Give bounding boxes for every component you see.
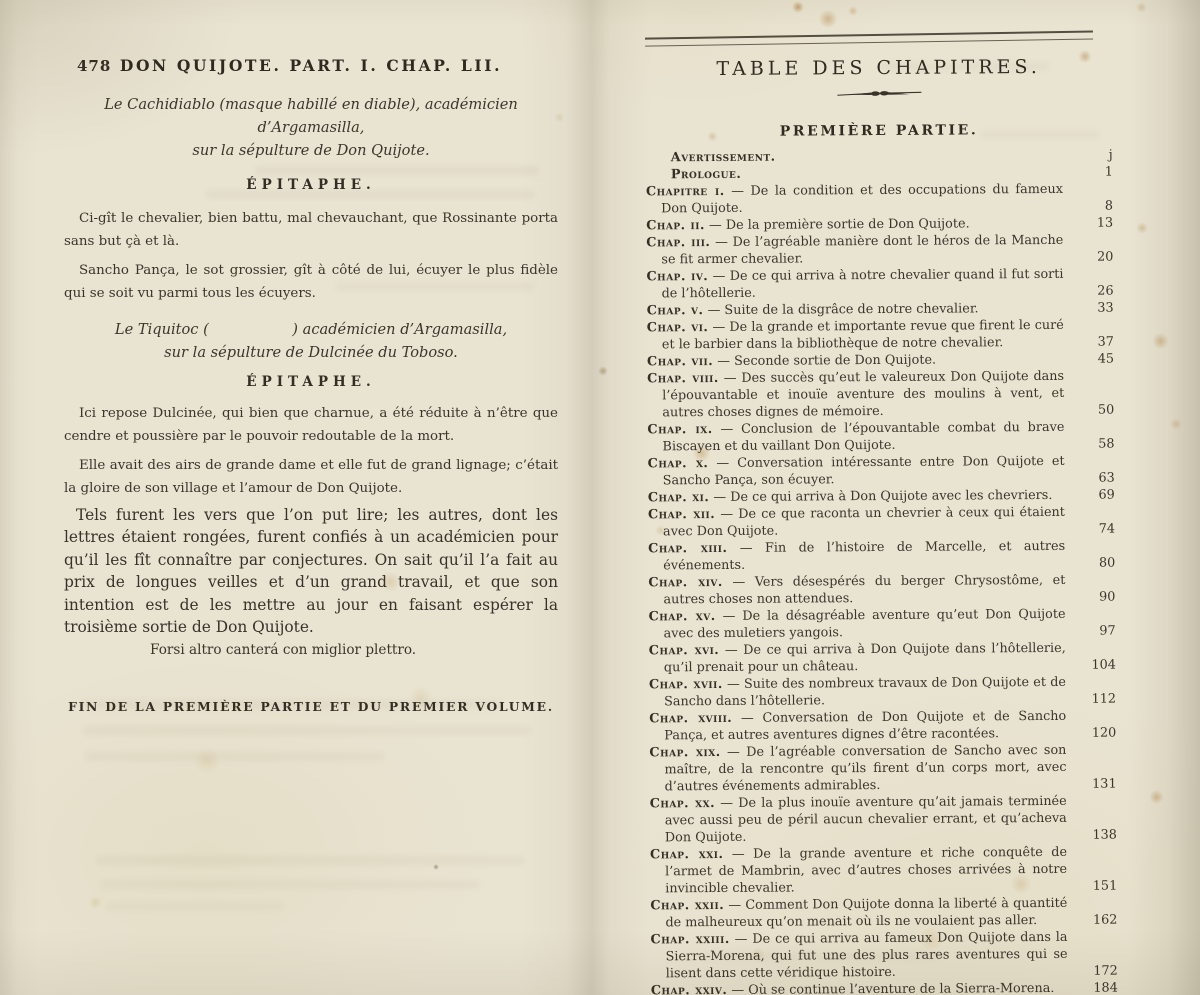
entry-label: Chap. vi. bbox=[647, 320, 709, 335]
foxing-spot bbox=[433, 864, 439, 870]
entry-page-number: 120 bbox=[1072, 725, 1116, 742]
toc-entry: Chap. xvi. — De ce qui arriva à Don Quij… bbox=[649, 640, 1116, 677]
toc-entry: Chap. iii. — De l’agréable manière dont … bbox=[646, 232, 1113, 269]
running-title: DON QUIJOTE. PART. I. CHAP. LII. bbox=[64, 56, 558, 75]
entry-page-number: 63 bbox=[1071, 470, 1115, 487]
entry-text: — Où se continue l’aventure de la Sierra… bbox=[727, 981, 1054, 995]
foxing-spot bbox=[1170, 418, 1182, 430]
entry-label: Chap. xi. bbox=[648, 490, 710, 505]
entry-label: Chap. xxiii. bbox=[650, 932, 729, 947]
epitaph-heading: ÉPITAPHE. bbox=[64, 177, 558, 193]
right-page: TABLE DES CHAPITRES. PREMIÈRE PARTIE. Av… bbox=[645, 33, 1118, 995]
entry-page-number: 74 bbox=[1071, 521, 1115, 538]
toc-entry: Chap. xviii. — Conversation de Don Quijo… bbox=[649, 708, 1116, 745]
entry-label: Chap. xv. bbox=[649, 609, 716, 624]
toc-entries: Avertissement.j Prologue.1 Chapitre i. —… bbox=[646, 147, 1118, 995]
toc-entry: Chap. xvii. — Suite des nombreux travaux… bbox=[649, 674, 1116, 711]
entry-label: Chap. xiii. bbox=[648, 541, 727, 556]
attribution-quijote: Le Cachidiablo (masque habillé en diable… bbox=[64, 93, 558, 162]
entry-text: — Vers désespérés du berger Chrysostôme,… bbox=[663, 573, 1065, 607]
part-heading: PREMIÈRE PARTIE. bbox=[646, 122, 1113, 141]
foxing-spot bbox=[1152, 333, 1169, 349]
foxing-spot bbox=[88, 896, 103, 909]
entry-page-number: 37 bbox=[1070, 334, 1114, 351]
entry-label: Chap. x. bbox=[648, 456, 709, 471]
double-rule bbox=[645, 31, 1093, 47]
entry-text: — De ce qui arriva à notre chevalier qua… bbox=[662, 267, 1064, 301]
paragraph: Elle avait des airs de grande dame et el… bbox=[64, 454, 558, 500]
entry-text: — Comment Don Quijote donna la liberté à… bbox=[665, 896, 1067, 930]
entry-text: — De la grande et importante revue que f… bbox=[662, 318, 1064, 352]
entry-label: Chap. iii. bbox=[646, 235, 710, 250]
entry-label: Chap. xii. bbox=[648, 507, 715, 522]
entry-page-number: 20 bbox=[1069, 249, 1113, 266]
entry-page-number: 131 bbox=[1073, 776, 1117, 793]
toc-entry: Chap. ix. — Conclusion de l’épouvantable… bbox=[647, 419, 1114, 456]
attribution-line: sur la sépulture de Dulcinée du Toboso. bbox=[64, 341, 558, 364]
toc-entry: Chap. viii. — Des succès qu’eut le valeu… bbox=[647, 368, 1114, 422]
entry-page-number: 151 bbox=[1073, 878, 1117, 895]
toc-entry: Chap. xxi. — De la grande aventure et ri… bbox=[650, 844, 1117, 898]
entry-label: Chap. xviii. bbox=[649, 711, 732, 727]
foxing-spot bbox=[1149, 790, 1164, 804]
toc-entry: Chap. xv. — De la désagréable aventure q… bbox=[649, 606, 1116, 643]
bleedthrough-ghost bbox=[105, 902, 285, 911]
left-page-header: 478 DON QUIJOTE. PART. I. CHAP. LII. bbox=[64, 56, 558, 78]
entry-page-number: 50 bbox=[1070, 402, 1114, 419]
entry-label: Chap. xxi. bbox=[650, 847, 723, 862]
entry-label: Chap. xiv. bbox=[648, 575, 723, 590]
toc-entry: Chap. xiv. — Vers désespérés du berger C… bbox=[648, 572, 1115, 609]
entry-text: — Des succès qu’eut le valeureux Don Qui… bbox=[662, 369, 1064, 420]
entry-label: Chap. xvi. bbox=[649, 643, 720, 658]
entry-label: Chap. xvii. bbox=[649, 677, 723, 692]
entry-page-number: 90 bbox=[1071, 589, 1115, 606]
entry-text: — De la première sortie de Don Quijote. bbox=[705, 216, 970, 233]
attribution-line: Le Tiquitoc ( ) académicien d’Argamasill… bbox=[64, 318, 558, 341]
entry-label: Chap. xx. bbox=[650, 796, 715, 811]
toc-entry: Chap. xx. — De la plus inouïe aventure q… bbox=[650, 793, 1117, 847]
entry-label: Chap. xxiv. bbox=[651, 983, 728, 995]
entry-text: — De ce qui arriva à Don Quijote avec le… bbox=[709, 488, 1052, 505]
paragraph: Ci-gît le chevalier, bien battu, mal che… bbox=[64, 207, 558, 253]
entry-page-number: 26 bbox=[1070, 283, 1114, 300]
entry-label: Chapitre i. bbox=[646, 184, 725, 199]
entry-text: — De la plus inouïe aventure qu’ait jama… bbox=[665, 794, 1067, 845]
entry-text: — Seconde sortie de Don Quijote. bbox=[713, 353, 936, 369]
toc-entry: Chapitre i. — De la condition et des occ… bbox=[646, 181, 1113, 218]
entry-text: — Conversation intéressante entre Don Qu… bbox=[663, 454, 1065, 488]
foxing-spot bbox=[792, 1, 804, 13]
toc-title: TABLE DES CHAPITRES. bbox=[645, 56, 1112, 81]
entry-text: — De ce qui arriva à Don Quijote dans l’… bbox=[664, 641, 1066, 675]
entry-text: — De la désagréable aventure qu’eut Don … bbox=[664, 607, 1066, 641]
entry-page-number: 97 bbox=[1072, 623, 1116, 640]
entry-label: Chap. xxii. bbox=[650, 898, 724, 913]
entry-label: Chap. xix. bbox=[649, 745, 720, 760]
foxing-spot bbox=[192, 748, 222, 774]
entry-page-number: 104 bbox=[1072, 657, 1116, 674]
entry-label: Chap. iv. bbox=[646, 269, 708, 284]
entry-page-number: 33 bbox=[1070, 300, 1114, 317]
entry-text: — De la grande aventure et riche conquêt… bbox=[665, 845, 1067, 896]
entry-page-number: 112 bbox=[1072, 691, 1116, 708]
entry-page-number: 172 bbox=[1074, 963, 1118, 980]
entry-text: — Suite des nombreux travaux de Don Quij… bbox=[664, 675, 1066, 709]
entry-label: Chap. vii. bbox=[647, 354, 713, 369]
fin-line: FIN DE LA PREMIÈRE PARTIE ET DU PREMIER … bbox=[64, 699, 558, 714]
entry-page-number: 1 bbox=[1069, 164, 1113, 181]
bleedthrough-ghost bbox=[95, 856, 525, 865]
foxing-spot bbox=[848, 6, 858, 16]
bleedthrough-ghost bbox=[82, 726, 532, 735]
entry-page-number: 138 bbox=[1073, 827, 1117, 844]
entry-text: — De l’agréable manière dont le héros de… bbox=[661, 233, 1063, 267]
entry-text: — De ce que raconta un chevrier à ceux q… bbox=[663, 505, 1065, 539]
foxing-spot bbox=[598, 366, 608, 376]
foxing-spot bbox=[1136, 2, 1147, 13]
bleedthrough-ghost bbox=[85, 752, 385, 761]
left-page: 478 DON QUIJOTE. PART. I. CHAP. LII. Le … bbox=[64, 56, 558, 714]
toc-entry: Chap. xii. — De ce que raconta un chevri… bbox=[648, 504, 1115, 541]
entry-text: — Suite de la disgrâce de notre chevalie… bbox=[703, 301, 978, 318]
attribution-line: Le Cachidiablo (masque habillé en diable… bbox=[64, 93, 558, 139]
entry-page-number: 8 bbox=[1069, 198, 1113, 215]
paragraph: Ici repose Dulcinée, qui bien que charnu… bbox=[64, 402, 558, 448]
attribution-dulcinee: Le Tiquitoc ( ) académicien d’Argamasill… bbox=[64, 318, 558, 364]
entry-page-number: 69 bbox=[1071, 487, 1115, 504]
toc-entry: Chap. xiii. — Fin de l’histoire de Marce… bbox=[648, 538, 1115, 575]
toc-entry: Chap. xxii. — Comment Don Quijote donna … bbox=[650, 895, 1117, 932]
entry-page-number: j bbox=[1069, 147, 1113, 164]
entry-label: Chap. ii. bbox=[646, 218, 705, 233]
entry-page-number: 162 bbox=[1073, 912, 1117, 929]
toc-entry: Chap. xix. — De l’agréable conversation … bbox=[649, 742, 1116, 796]
entry-label: Avertissement. bbox=[671, 150, 776, 166]
epitaph-heading: ÉPITAPHE. bbox=[64, 374, 558, 390]
paragraph: Sancho Pança, le sot grossier, gît à côt… bbox=[64, 259, 558, 305]
toc-entry: Chap. xxiv. — Où se continue l’aventure … bbox=[651, 980, 1118, 995]
entry-page-number: 58 bbox=[1070, 436, 1114, 453]
foxing-spot bbox=[818, 10, 838, 28]
ornament-icon bbox=[835, 89, 923, 100]
entry-page-number: 184 bbox=[1074, 980, 1118, 995]
toc-entry: Chap. iv. — De ce qui arriva à notre che… bbox=[646, 266, 1113, 303]
entry-page-number: 13 bbox=[1069, 215, 1113, 232]
closing-paragraph: Tels furent les vers que l’on put lire; … bbox=[64, 504, 558, 638]
verse-line: Forsi altro canterá con miglior plettro. bbox=[150, 642, 558, 658]
toc-entry: Chap. xxiii. — De ce qui arriva au fameu… bbox=[650, 929, 1117, 983]
entry-label: Chap. v. bbox=[647, 303, 704, 318]
entry-page-number: 80 bbox=[1071, 555, 1115, 572]
folio-number: 478 bbox=[77, 57, 111, 75]
entry-text: — De l’agréable conversation de Sancho a… bbox=[664, 743, 1066, 794]
attribution-line: sur la sépulture de Don Quijote. bbox=[64, 139, 558, 162]
entry-page-number: 45 bbox=[1070, 351, 1114, 368]
entry-label: Chap. viii. bbox=[647, 371, 719, 386]
entry-text: — Conclusion de l’épouvantable combat du… bbox=[662, 420, 1064, 454]
toc-entry: Chap. x. — Conversation intéressante ent… bbox=[648, 453, 1115, 490]
toc-entry: Chap. vi. — De la grande et importante r… bbox=[647, 317, 1114, 354]
entry-label: Prologue. bbox=[671, 167, 742, 182]
bleedthrough-ghost bbox=[100, 880, 480, 889]
foxing-spot bbox=[1136, 222, 1148, 234]
entry-label: Chap. ix. bbox=[647, 422, 712, 437]
